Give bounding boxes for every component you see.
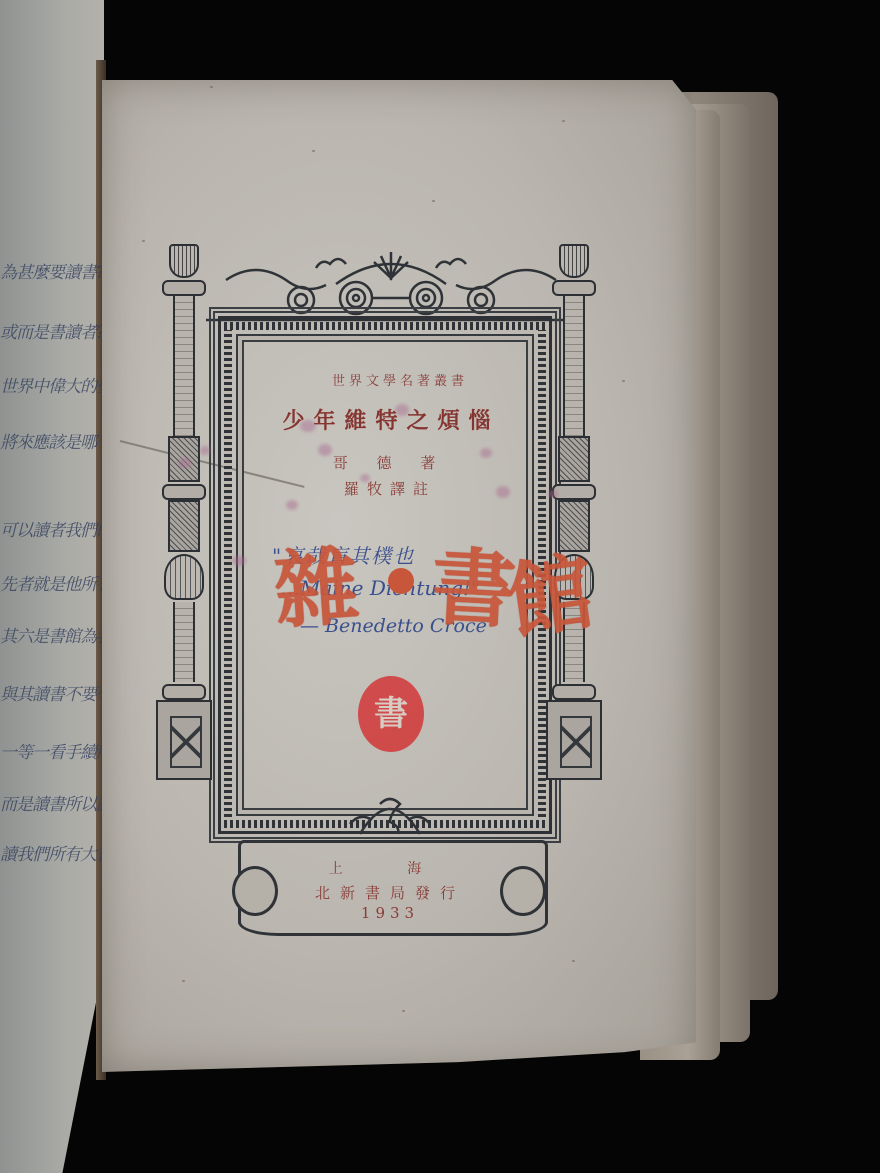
- handwriting-line: 世界中偉大的聖者: [0, 372, 104, 397]
- publisher-city: 上 海: [320, 858, 460, 878]
- translator-line: 羅牧譯註: [320, 478, 460, 499]
- scroll-ornament-right: [500, 866, 546, 916]
- handwriting-line: 將來應該是哪个?: [0, 428, 104, 453]
- handwriting-line: 或而是書讀者?: [0, 318, 104, 343]
- handwriting-line: 一等一看手續所到之處: [0, 738, 104, 763]
- handwriting-line: 先者就是他所有的書: [0, 570, 104, 595]
- seal-glyph: 書: [374, 697, 408, 731]
- watermark-dot: [388, 568, 414, 594]
- watermark-char: 館: [500, 525, 600, 657]
- publisher-name: 北新書局發行: [290, 882, 490, 903]
- frame-chain-left: [224, 322, 232, 828]
- scroll-ornament-left: [232, 866, 278, 916]
- handwriting-line: 可以讀者我們的愛好: [0, 516, 104, 541]
- crest-ornament: [340, 784, 440, 844]
- handwriting-line: 讀我們所有大書: [0, 840, 104, 865]
- author-line: 哥 德 著: [320, 452, 460, 473]
- handwriting-line: 與其讀書不要學問: [0, 680, 104, 705]
- red-seal-stamp: 書: [358, 676, 424, 752]
- watermark-char: 雜: [270, 519, 362, 646]
- ornamental-column-right: [552, 244, 596, 780]
- frame-chain-top: [224, 322, 546, 330]
- series-title: 世界文學名著叢書: [300, 370, 500, 389]
- handwriting-line: 其六是書館為我們讀書: [0, 622, 104, 647]
- ornamental-column-left: [162, 244, 206, 780]
- book-title: 少年維特之煩惱: [256, 404, 526, 435]
- publication-year: 1933: [340, 904, 440, 922]
- handwriting-line: 為甚麼要讀書?: [0, 258, 104, 283]
- handwriting-line: 而是讀書所以讀者: [0, 790, 104, 815]
